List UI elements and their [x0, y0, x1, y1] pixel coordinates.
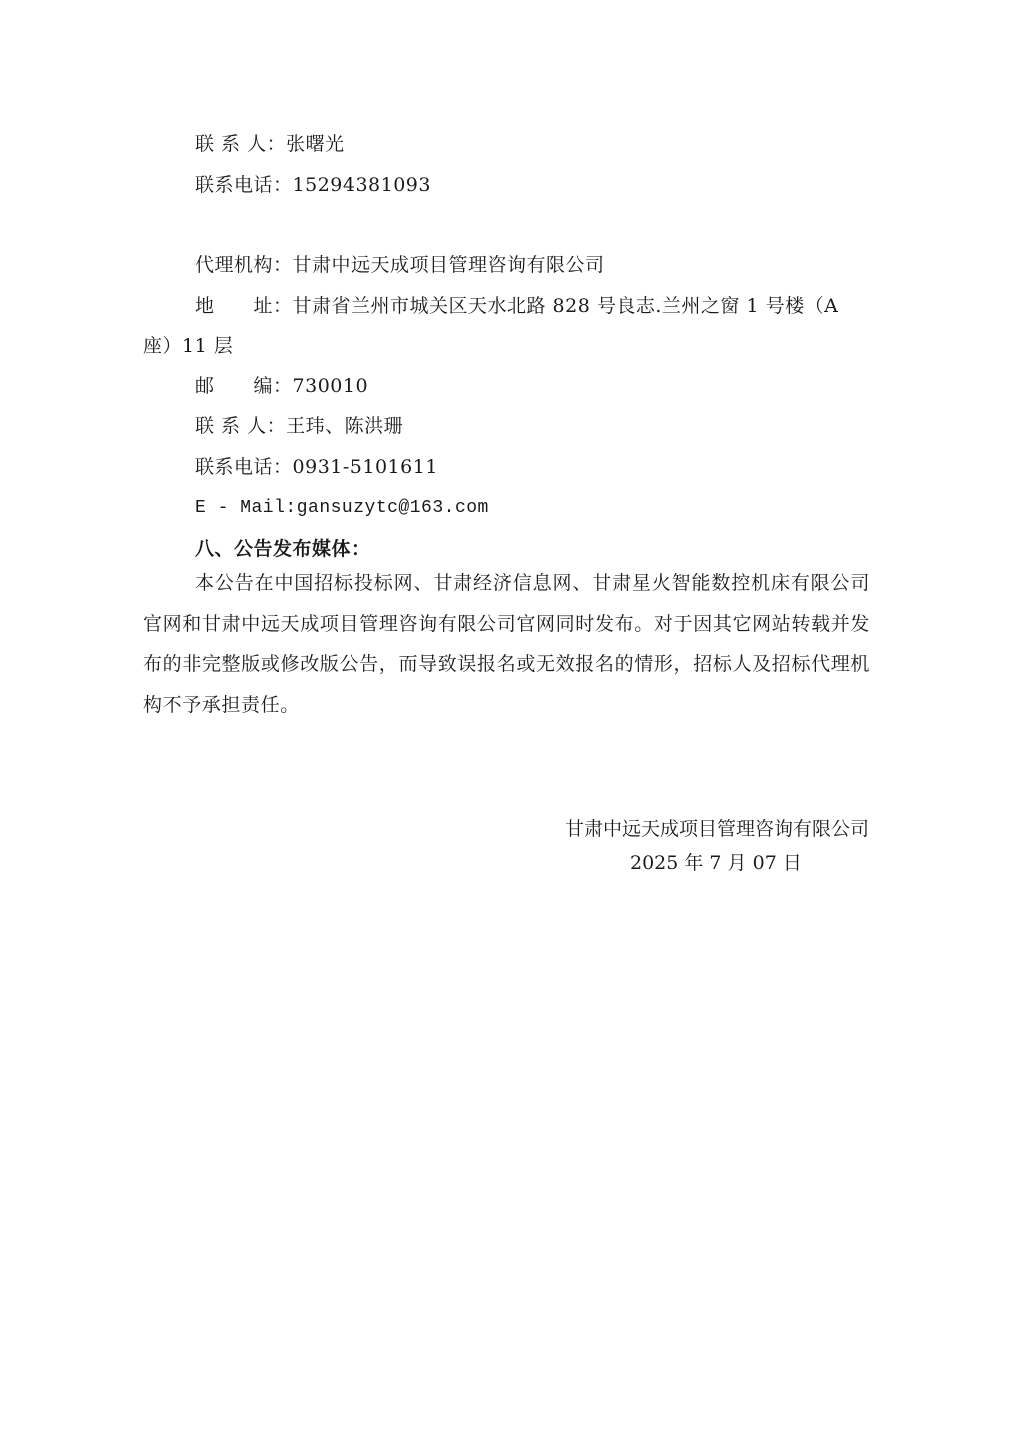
agency-contact-line: 联 系 人：王玮、陈洪珊	[195, 413, 403, 439]
agency-name-label: 代理机构：	[195, 252, 293, 278]
agency-address-continuation: 座）11 层	[143, 333, 233, 359]
tenderer-contact-line: 联 系 人：张曙光	[195, 131, 345, 157]
email-value[interactable]: gansuzytc@163.com	[297, 498, 489, 518]
address-value-line2: 座）11 层	[143, 335, 233, 357]
postcode-label: 邮 编：	[195, 373, 293, 399]
agency-phone-value: 0931-5101611	[293, 456, 438, 478]
phone-value: 15294381093	[293, 174, 431, 196]
agency-name-line: 代理机构：甘肃中远天成项目管理咨询有限公司	[195, 252, 605, 278]
agency-name-value: 甘肃中远天成项目管理咨询有限公司	[293, 254, 605, 276]
agency-address-line: 地 址：甘肃省兰州市城关区天水北路 828 号良志.兰州之窗 1 号楼（A	[195, 293, 838, 319]
signature-organization: 甘肃中远天成项目管理咨询有限公司	[565, 816, 869, 842]
postcode-value: 730010	[293, 375, 369, 397]
signature-date: 2025 年 7 月 07 日	[630, 850, 802, 876]
section-body-paragraph: 本公告在中国招标投标网、甘肃经济信息网、甘肃星火智能数控机床有限公司官网和甘肃中…	[143, 563, 870, 725]
agency-postcode-line: 邮 编：730010	[195, 373, 368, 399]
phone-label: 联系电话：	[195, 172, 293, 198]
agency-contact-value: 王玮、陈洪珊	[286, 415, 403, 437]
agency-email-line: E - Mail:gansuzytc@163.com	[195, 495, 489, 521]
agency-phone-line: 联系电话：0931-5101611	[195, 454, 438, 480]
agency-contact-label: 联 系 人：	[195, 413, 286, 439]
agency-phone-label: 联系电话：	[195, 454, 293, 480]
tenderer-phone-line: 联系电话：15294381093	[195, 172, 431, 198]
document-page: 联 系 人：张曙光 联系电话：15294381093 代理机构：甘肃中远天成项目…	[0, 0, 1024, 1448]
email-label: E - Mail:	[195, 498, 297, 518]
address-label: 地 址：	[195, 293, 293, 319]
contact-value: 张曙光	[286, 133, 345, 155]
contact-label: 联 系 人：	[195, 131, 286, 157]
address-value-line1: 甘肃省兰州市城关区天水北路 828 号良志.兰州之窗 1 号楼（A	[293, 295, 839, 317]
section-heading: 八、公告发布媒体：	[195, 536, 371, 562]
